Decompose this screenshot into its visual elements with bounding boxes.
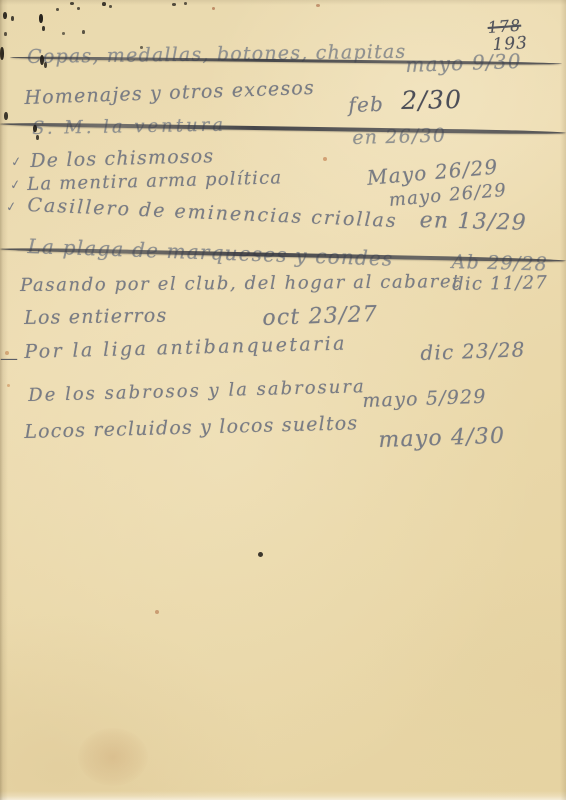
- entry-title: De los sabrosos y la sabrosura: [28, 376, 366, 406]
- ink-speck: [11, 16, 14, 21]
- ink-speck: [36, 135, 39, 140]
- ink-speck: [77, 7, 80, 10]
- entry-date: mayo 4/30: [378, 424, 506, 453]
- ink-speck: [184, 2, 187, 5]
- ink-speck: [3, 12, 7, 19]
- rust-spot: [5, 351, 9, 355]
- ink-speck: [102, 2, 106, 6]
- entry-title: Por la liga antibanquetaria: [24, 333, 347, 363]
- entry-date: en 13/29: [419, 208, 527, 236]
- rust-spot: [155, 610, 159, 614]
- entry-title: Homenajes y otros excesos: [24, 77, 315, 109]
- entry-date: oct 23/27: [262, 302, 378, 331]
- ink-speck: [62, 32, 65, 35]
- entry-date: dic 23/28: [420, 337, 526, 365]
- ink-speck: [44, 62, 47, 68]
- ink-speck: [56, 8, 59, 11]
- rust-spot: [7, 384, 10, 387]
- rust-spot: [212, 7, 215, 10]
- ink-speck: [82, 30, 85, 34]
- ink-speck: [0, 47, 4, 60]
- check-icon: ✓: [9, 177, 22, 193]
- entry-title: La mentira arma política: [27, 167, 283, 195]
- ink-speck: [39, 14, 43, 23]
- entry-title: Copas, medallas, botones, chapitas: [27, 41, 407, 68]
- entry-title: Pasando por el club, del hogar al cabare…: [20, 271, 461, 296]
- entry-title: Los entierros: [24, 304, 168, 328]
- ink-speck: [33, 125, 37, 132]
- ink-speck: [4, 32, 7, 36]
- manuscript-page: 178 193 Copas, medallas, botones, chapit…: [0, 0, 566, 800]
- entry-date: mayo 5/929: [362, 386, 487, 412]
- entry-date: dic 11/27: [452, 272, 548, 295]
- rust-spot: [323, 157, 327, 161]
- ink-speck: [258, 552, 263, 557]
- ink-speck: [109, 5, 112, 8]
- entry-date-prefix: feb: [348, 92, 384, 117]
- entry-title: Locos recluidos y locos sueltos: [24, 412, 359, 443]
- check-icon: ✓: [10, 154, 23, 170]
- entry-date: 2/30: [401, 85, 462, 115]
- entry-title: De los chismosos: [30, 145, 215, 172]
- ink-speck: [4, 112, 8, 120]
- ink-speck: [70, 2, 74, 5]
- paper-stain: [78, 728, 148, 786]
- entry-title: Casillero de eminencias criollas: [27, 194, 398, 232]
- dash-mark: —: [0, 348, 18, 369]
- ink-speck: [140, 46, 143, 49]
- rust-spot: [316, 4, 320, 7]
- ink-speck: [172, 3, 176, 6]
- ink-speck: [42, 26, 45, 31]
- check-icon: ✓: [5, 199, 18, 215]
